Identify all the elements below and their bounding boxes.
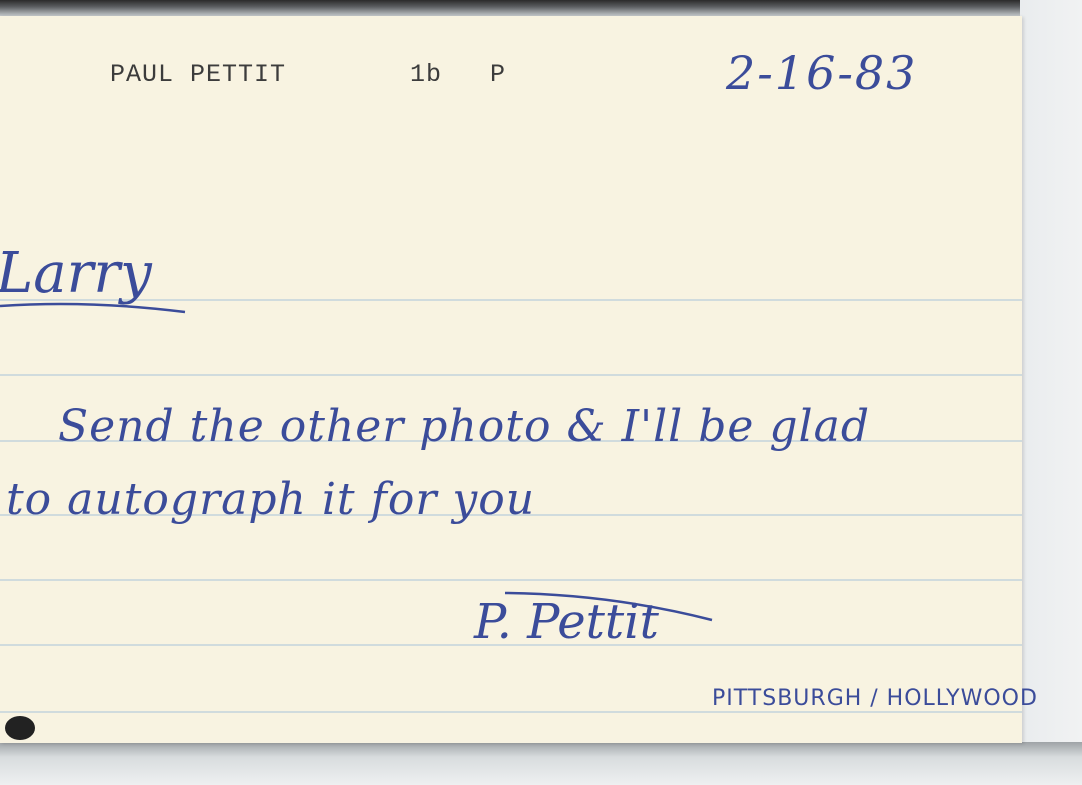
- team-annotation: PITTSBURGH / HOLLYWOOD: [712, 686, 1038, 711]
- punch-hole-mark: [5, 716, 35, 740]
- scan-background-bottom: [0, 742, 1082, 785]
- scan-background-right: [1020, 0, 1082, 785]
- signature-flourish: [0, 16, 1022, 743]
- index-card: PAUL PETTIT 1b P 2-16-83 Larry Send the …: [0, 16, 1022, 743]
